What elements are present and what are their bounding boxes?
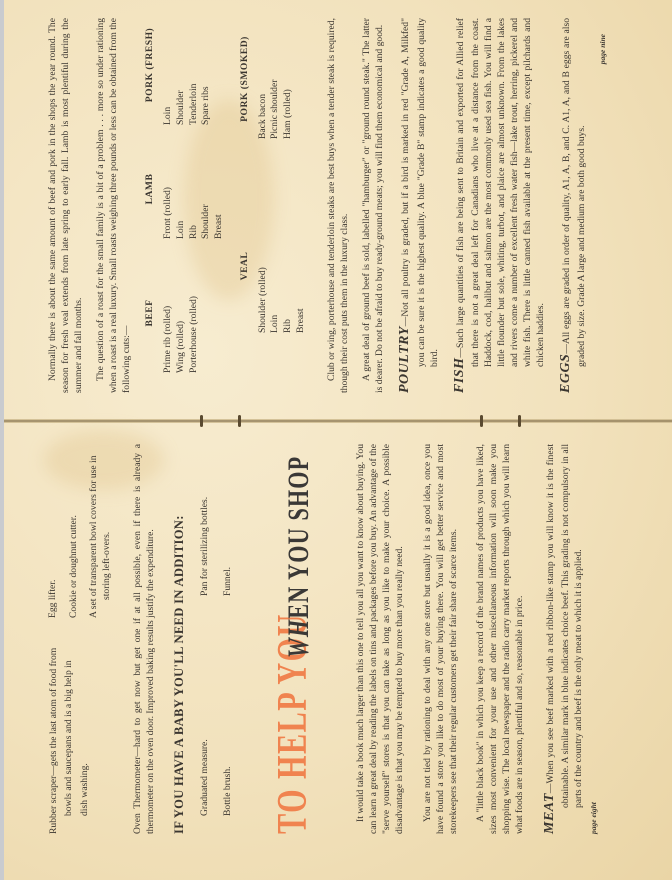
- cut-item: Shoulder: [200, 139, 213, 239]
- cut-item: Spare ribs: [200, 5, 213, 125]
- cut-item: Porterhouse (rolled): [188, 253, 201, 373]
- center-fold: [4, 419, 672, 423]
- poultry-label: POULTRY: [397, 326, 412, 393]
- cut-item: Breast: [295, 199, 308, 333]
- cuts-column-pork-smoked: PORK (SMOKED) Back bacon Picnic shoulder…: [238, 19, 308, 139]
- poultry-text: —Not all poultry is graded, but if a bir…: [400, 18, 439, 367]
- cut-item: Loin: [162, 5, 175, 125]
- utensils-list: Rubber scraper—gets the last atom of foo…: [46, 444, 121, 834]
- thermometer-paragraph: Oven Thermometer—hard to get now but get…: [131, 444, 157, 834]
- eggs-text: —All eggs are graded in order of quality…: [561, 18, 587, 367]
- column-heading: PORK (SMOKED): [238, 19, 251, 139]
- staple: [200, 415, 203, 427]
- baby-item: Pan for sterilizing bottles.: [198, 436, 211, 596]
- cuts-table-row2: VEAL Shoulder (rolled) Loin Rib Breast P…: [238, 18, 308, 333]
- staple: [480, 415, 483, 427]
- column-heading: VEAL: [238, 199, 251, 333]
- cut-item: Shoulder: [175, 5, 188, 125]
- meat-section: MEAT—When you see beef marked with a red…: [540, 444, 585, 834]
- meat-text: —When you see beef marked with a red rib…: [545, 444, 584, 808]
- staple: [238, 415, 241, 427]
- cut-item: Ham (rolled): [282, 19, 295, 139]
- baby-item: Graduated measure.: [198, 656, 211, 816]
- cuts-column-beef: BEEF Prime rib (rolled) Wing (rolled) Po…: [143, 253, 225, 373]
- cuts-table-row1: BEEF Prime rib (rolled) Wing (rolled) Po…: [143, 18, 225, 373]
- title-when-you-shop: WHEN YOU SHOP: [284, 456, 314, 658]
- cut-item: Loin: [175, 139, 188, 239]
- intro-paragraph: Normally there is about the same amount …: [46, 18, 85, 393]
- utensils-right-column: Egg lifter. Cookie or doughnut cutter. A…: [46, 448, 121, 618]
- cuts-column-lamb: LAMB Front (rolled) Loin Rib Shoulder Br…: [143, 139, 225, 239]
- baby-item: Funnel.: [221, 436, 234, 596]
- cut-item: Tenderloin: [188, 5, 201, 125]
- page-nine: Normally there is about the same amount …: [0, 0, 672, 415]
- black-book-paragraph: A "little black book" in which you keep …: [474, 444, 526, 834]
- staple: [518, 415, 521, 427]
- baby-heading: IF YOU HAVE A BABY YOU'LL NEED IN ADDITI…: [171, 444, 188, 834]
- poultry-section: POULTRY—Not all poultry is graded, but i…: [395, 18, 440, 393]
- baby-right-column: Pan for sterilizing bottles. Funnel.: [198, 436, 244, 596]
- utensil-item: A set of transparent bowl covers for use…: [88, 448, 113, 618]
- cut-item: Breast: [213, 139, 226, 239]
- intro-paragraph: The question of a roast for the small fa…: [94, 18, 133, 393]
- cuts-column-veal: VEAL Shoulder (rolled) Loin Rib Breast: [238, 199, 308, 333]
- eggs-label: EGGS: [558, 354, 573, 393]
- section-title: TO HELP YOU WHEN YOU SHOP: [272, 444, 328, 834]
- store-paragraph: You are not tied by rationing to deal wi…: [421, 444, 460, 834]
- page-number: page nine: [598, 34, 608, 393]
- utensil-item: Egg lifter.: [46, 448, 59, 618]
- eggs-section: EGGS—All eggs are graded in order of qua…: [556, 18, 588, 393]
- column-heading: BEEF: [143, 253, 156, 373]
- buying-paragraph: It would take a book much larger than th…: [354, 444, 406, 834]
- baby-left-column: Graduated measure. Bottle brush.: [198, 656, 244, 816]
- fish-label: FISH: [452, 358, 467, 393]
- utensil-item: Cookie or doughnut cutter.: [67, 448, 80, 618]
- cut-item: Picnic shoulder: [269, 19, 282, 139]
- cut-item: Shoulder (rolled): [257, 199, 270, 333]
- fish-section: FISH—Such large quantities of fish are b…: [450, 18, 547, 393]
- title-when-rest: EN YOU SHOP: [282, 456, 315, 619]
- cut-item: Wing (rolled): [175, 253, 188, 373]
- page-number: page eight: [589, 444, 599, 834]
- column-heading: LAMB: [143, 139, 156, 239]
- fish-text: —Such large quantities of fish are being…: [455, 18, 546, 367]
- steaks-paragraph: Club or wing, porterhouse and tenderloin…: [325, 18, 351, 393]
- utensil-item: Rubber scraper—gets the last atom of foo…: [46, 644, 92, 834]
- cut-item: Prime rib (rolled): [162, 253, 175, 373]
- title-when-italic: WH: [282, 619, 315, 658]
- cut-item: Rib: [282, 199, 295, 333]
- utensils-left-column: Rubber scraper—gets the last atom of foo…: [46, 644, 121, 834]
- page-eight: Rubber scraper—gets the last atom of foo…: [0, 428, 672, 880]
- cut-item: Front (rolled): [162, 139, 175, 239]
- baby-item: Bottle brush.: [221, 656, 234, 816]
- column-heading: PORK (FRESH): [143, 5, 156, 125]
- cut-item: Loin: [269, 199, 282, 333]
- cut-item: Back bacon: [257, 19, 270, 139]
- ground-beef-paragraph: A great deal of ground beef is sold, lab…: [360, 18, 386, 393]
- meat-label: MEAT: [542, 793, 557, 834]
- cut-item: Rib: [188, 139, 201, 239]
- cuts-column-pork-fresh: PORK (FRESH) Loin Shoulder Tenderloin Sp…: [143, 5, 225, 125]
- baby-items: Graduated measure. Bottle brush. Pan for…: [198, 444, 254, 816]
